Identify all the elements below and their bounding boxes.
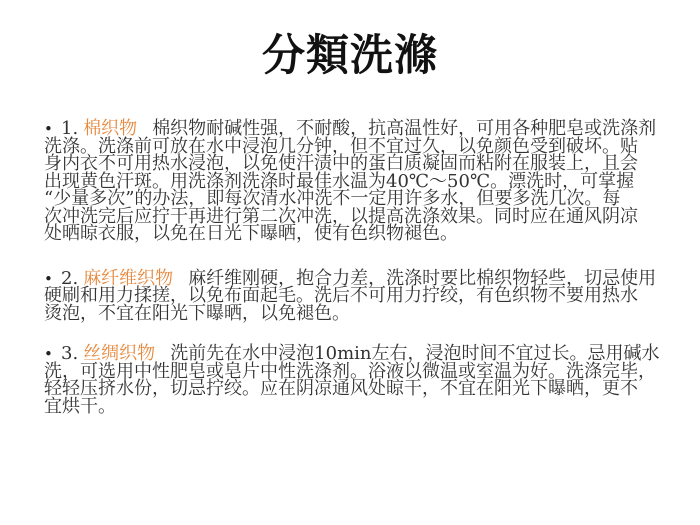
list-item-cotton: • 1.棉织物棉织物耐碱性强，不耐酸，抗高温性好，可用各种肥皂或洗涤剂 洗涤。洗… xyxy=(44,120,676,243)
bullet-icon: • xyxy=(44,271,53,289)
bullet-icon: • xyxy=(44,346,53,364)
presentation-slide: 分類洗滌 • 1.棉织物棉织物耐碱性强，不耐酸，抗高温性好，可用各种肥皂或洗涤剂… xyxy=(0,0,700,525)
text-line: 轻轻压挤水份，切忌拧绞。应在阴凉通风处晾干，不宜在阳光下曝晒，更不 xyxy=(44,380,676,398)
text-line: 硬刷和用力揉搓，以免布面起毛。洗后不可用力拧绞，有色织物不要用热水 xyxy=(44,287,676,305)
text-line: 宜烘干。 xyxy=(44,398,676,416)
text-line: “少量多次”的办法，即每次清水冲洗不一定用许多水，但要多洗几次。每 xyxy=(44,190,676,208)
list-item-hemp: • 2.麻纤维织物麻纤维刚硬，抱合力差，洗涤时要比棉织物轻些，切忌使用 硬刷和用… xyxy=(44,270,676,323)
text-line: 1.棉织物棉织物耐碱性强，不耐酸，抗高温性好，可用各种肥皂或洗涤剂 xyxy=(44,120,676,138)
paragraph-cotton: 1.棉织物棉织物耐碱性强，不耐酸，抗高温性好，可用各种肥皂或洗涤剂 洗涤。洗涤前… xyxy=(44,120,676,243)
text-line: 处晒晾衣服，以免在日光下曝晒，使有色织物褪色。 xyxy=(44,225,676,243)
text-line: 3.丝绸织物洗前先在水中浸泡10min左右，浸泡时间不宜过长。忌用碱水 xyxy=(44,345,676,363)
bullet-icon: • xyxy=(44,121,53,139)
paragraph-silk: 3.丝绸织物洗前先在水中浸泡10min左右，浸泡时间不宜过长。忌用碱水 洗，可选… xyxy=(44,345,676,415)
text-line: 身内衣不可用热水浸泡，以免使汗渍中的蛋白质凝固而粘附在服装上，且会 xyxy=(44,155,676,173)
slide-title: 分類洗滌 xyxy=(0,28,700,84)
bullet-list: • 1.棉织物棉织物耐碱性强，不耐酸，抗高温性好，可用各种肥皂或洗涤剂 洗涤。洗… xyxy=(44,120,676,415)
paragraph-hemp: 2.麻纤维织物麻纤维刚硬，抱合力差，洗涤时要比棉织物轻些，切忌使用 硬刷和用力揉… xyxy=(44,270,676,323)
list-item-silk: • 3.丝绸织物洗前先在水中浸泡10min左右，浸泡时间不宜过长。忌用碱水 洗，… xyxy=(44,345,676,415)
text-line: 烫泡，不宜在阳光下曝晒，以免褪色。 xyxy=(44,305,676,323)
